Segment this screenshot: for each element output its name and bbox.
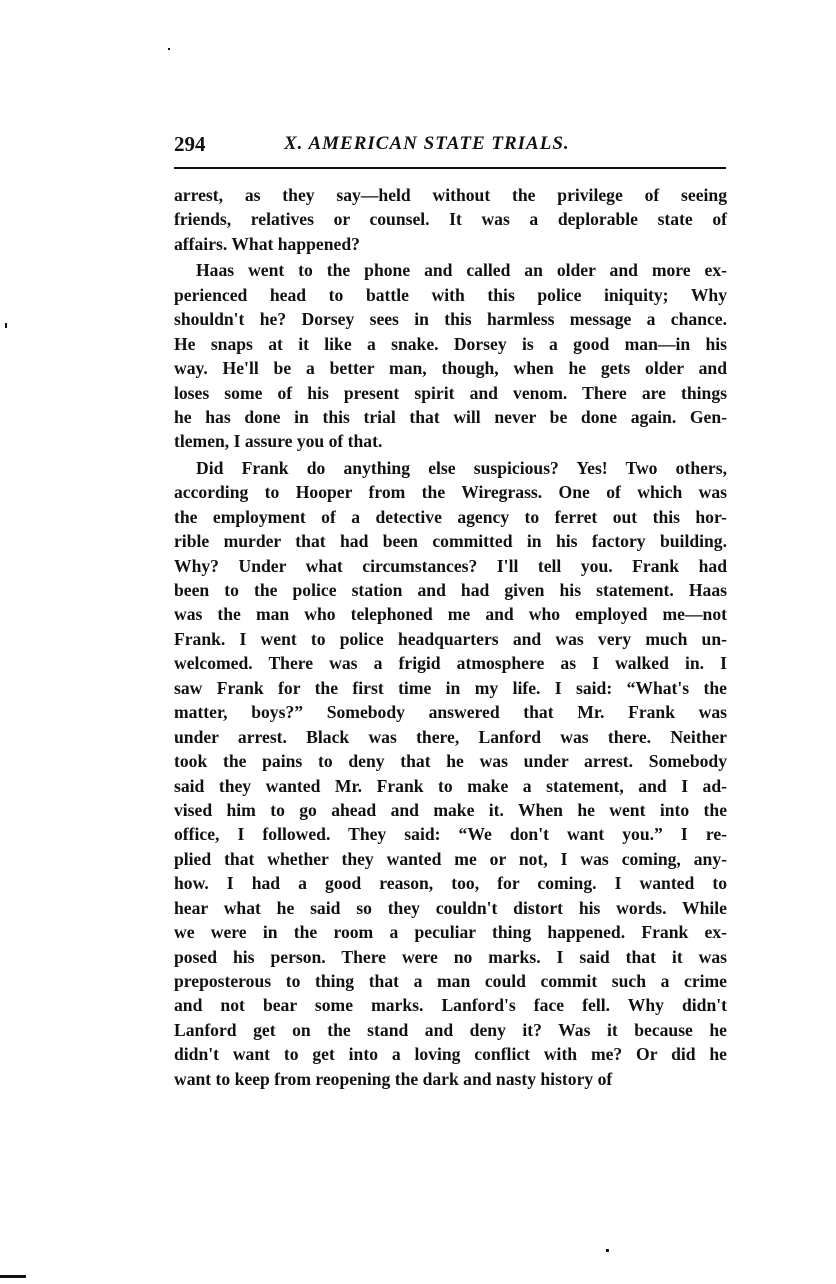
text-line: Why? Under what circumstances? I'll tell… xyxy=(174,554,727,578)
text-line: didn't want to get into a loving conflic… xyxy=(174,1042,727,1066)
scan-edge-mark xyxy=(0,1275,26,1278)
text-line: he has done in this trial that will neve… xyxy=(174,405,727,429)
text-line: Frank. I went to police headquarters and… xyxy=(174,627,727,651)
scan-speck xyxy=(5,323,7,328)
text-line: hear what he said so they couldn't disto… xyxy=(174,896,727,920)
text-line: according to Hooper from the Wiregrass. … xyxy=(174,480,727,504)
text-line: friends, relatives or counsel. It was a … xyxy=(174,207,727,231)
text-line: the employment of a detective agency to … xyxy=(174,505,727,529)
text-line: welcomed. There was a frigid atmosphere … xyxy=(174,651,727,675)
text-line: vised him to go ahead and make it. When … xyxy=(174,798,727,822)
text-line: Lanford get on the stand and deny it? Wa… xyxy=(174,1018,727,1042)
text-line: affairs. What happened? xyxy=(174,232,727,256)
text-line: tlemen, I assure you of that. xyxy=(174,429,727,453)
text-line: preposterous to thing that a man could c… xyxy=(174,969,727,993)
text-line: took the pains to deny that he was under… xyxy=(174,749,727,773)
header-rule xyxy=(174,167,726,169)
text-line: was the man who telephoned me and who em… xyxy=(174,602,727,626)
text-line: rible murder that had been committed in … xyxy=(174,529,727,553)
paragraph: arrest, as they say—held without the pri… xyxy=(174,183,727,256)
text-line: way. He'll be a better man, though, when… xyxy=(174,356,727,380)
text-line: been to the police station and had given… xyxy=(174,578,727,602)
body-text: arrest, as they say—held without the pri… xyxy=(174,183,727,1091)
paragraph: Did Frank do anything else suspicious? Y… xyxy=(174,456,727,1091)
text-line: Did Frank do anything else suspicious? Y… xyxy=(174,456,727,480)
page-number: 294 xyxy=(174,132,206,157)
running-head: X. AMERICAN STATE TRIALS. xyxy=(284,133,570,155)
text-line: said they wanted Mr. Frank to make a sta… xyxy=(174,774,727,798)
text-line: we were in the room a peculiar thing hap… xyxy=(174,920,727,944)
scan-speck xyxy=(606,1249,609,1252)
text-line: Haas went to the phone and called an old… xyxy=(174,258,727,282)
text-line: office, I followed. They said: “We don't… xyxy=(174,822,727,846)
text-line: under arrest. Black was there, Lanford w… xyxy=(174,725,727,749)
text-line: matter, boys?” Somebody answered that Mr… xyxy=(174,700,727,724)
text-line: shouldn't he? Dorsey sees in this harmle… xyxy=(174,307,727,331)
text-line: He snaps at it like a snake. Dorsey is a… xyxy=(174,332,727,356)
text-line: arrest, as they say—held without the pri… xyxy=(174,183,727,207)
scan-speck xyxy=(168,48,170,50)
text-line: and not bear some marks. Lanford's face … xyxy=(174,993,727,1017)
text-line: plied that whether they wanted me or not… xyxy=(174,847,727,871)
page-header: 294 X. AMERICAN STATE TRIALS. xyxy=(174,132,726,162)
text-line: saw Frank for the first time in my life.… xyxy=(174,676,727,700)
text-line: how. I had a good reason, too, for comin… xyxy=(174,871,727,895)
paragraph: Haas went to the phone and called an old… xyxy=(174,258,727,454)
text-line: posed his person. There were no marks. I… xyxy=(174,945,727,969)
text-line: perienced head to battle with this polic… xyxy=(174,283,727,307)
text-line: want to keep from reopening the dark and… xyxy=(174,1067,727,1091)
text-line: loses some of his present spirit and ven… xyxy=(174,381,727,405)
